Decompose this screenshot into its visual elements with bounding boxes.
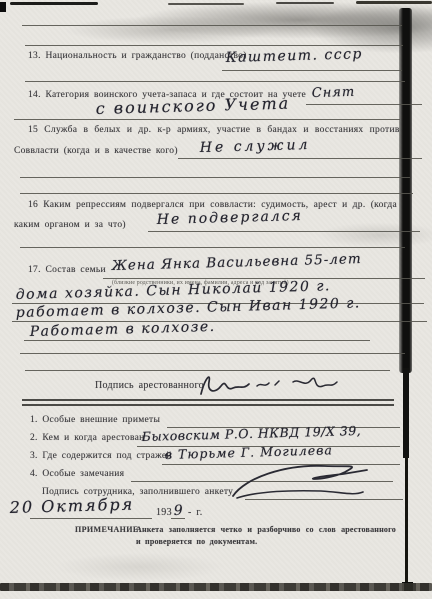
form-field-17-value-line1: Жена Янка Васильевна 55-лет [112, 251, 362, 274]
arrested-signature-label: Подпись арестованного [95, 380, 204, 391]
rule-line [14, 119, 400, 120]
rule-line [24, 340, 370, 341]
list-item-3-label: 3. Где содержится под стражей [30, 451, 172, 461]
list-item-2-label: 2. Кем и когда арестован [30, 433, 145, 443]
date-year-suffix: - г. [188, 507, 203, 518]
form-field-13-value: Каштеит. ссср [226, 46, 364, 66]
form-field-14-value-line1: Снят [312, 85, 356, 101]
form-field-15-label-line1: 15 Служба в белых и др. к-р армиях, учас… [28, 125, 400, 135]
scan-artifact-top-left-mark [0, 2, 6, 12]
form-field-16-label-line1: 16 Каким репрессиям подвергался при совв… [28, 200, 397, 210]
scan-artifact-right-band [403, 368, 409, 458]
note-text-line2: и проверяется по документам. [136, 537, 257, 546]
scan-artifact-bottom-band [0, 583, 432, 591]
note-label: ПРИМЕЧАНИЕ: [75, 525, 142, 534]
rule-line [20, 177, 410, 178]
rule-line [171, 518, 185, 519]
list-item-1-label: 1. Особые внешние приметы [30, 415, 160, 425]
arrested-signature-scrawl [195, 368, 345, 400]
date-year-printed: 193 [156, 507, 172, 518]
scan-artifact-top-line [276, 2, 334, 4]
form-field-15-value: Не служил [200, 137, 311, 156]
officer-signature-scrawl [225, 458, 375, 503]
scan-artifact-right-band [399, 8, 412, 373]
rule-line [25, 81, 405, 82]
scan-artifact-top-line [168, 3, 244, 5]
form-field-16-value: Не подвергался [157, 208, 303, 228]
rule-line [178, 158, 422, 159]
scan-artifact-right-band [405, 455, 408, 585]
form-field-14-value-line2: с воинского Учета [95, 94, 290, 118]
rule-line [30, 518, 152, 519]
rule-line [20, 247, 405, 248]
rule-line [222, 70, 402, 71]
date-year-digit: 9 [174, 503, 183, 519]
form-field-13-label: 13. Национальность и гражданство (поддан… [28, 51, 247, 61]
rule-line [20, 193, 413, 194]
form-field-16-label-line2: каким органом и за что) [14, 220, 126, 230]
form-field-17-label: 17. Состав семьи [28, 265, 106, 275]
scan-artifact-top-line [356, 1, 432, 4]
rule-line [306, 104, 422, 105]
rule-line [20, 353, 405, 354]
note-text-line1: Анкета заполняется четко и разборчиво со… [136, 525, 396, 534]
rule-line [148, 231, 420, 232]
double-rule-top [22, 399, 394, 401]
list-item-4-label: 4. Особые замечания [30, 469, 124, 479]
scanned-arrest-form-page: 13. Национальность и гражданство (поддан… [0, 0, 432, 599]
rule-line [22, 25, 402, 26]
scan-artifact-top-line [10, 2, 98, 5]
rule-line [103, 278, 425, 279]
form-field-15-label-line2: Соввласти (когда и в качестве кого) [14, 146, 178, 156]
double-rule-bottom [22, 404, 394, 406]
date-day-month: 20 Октября [9, 495, 134, 517]
